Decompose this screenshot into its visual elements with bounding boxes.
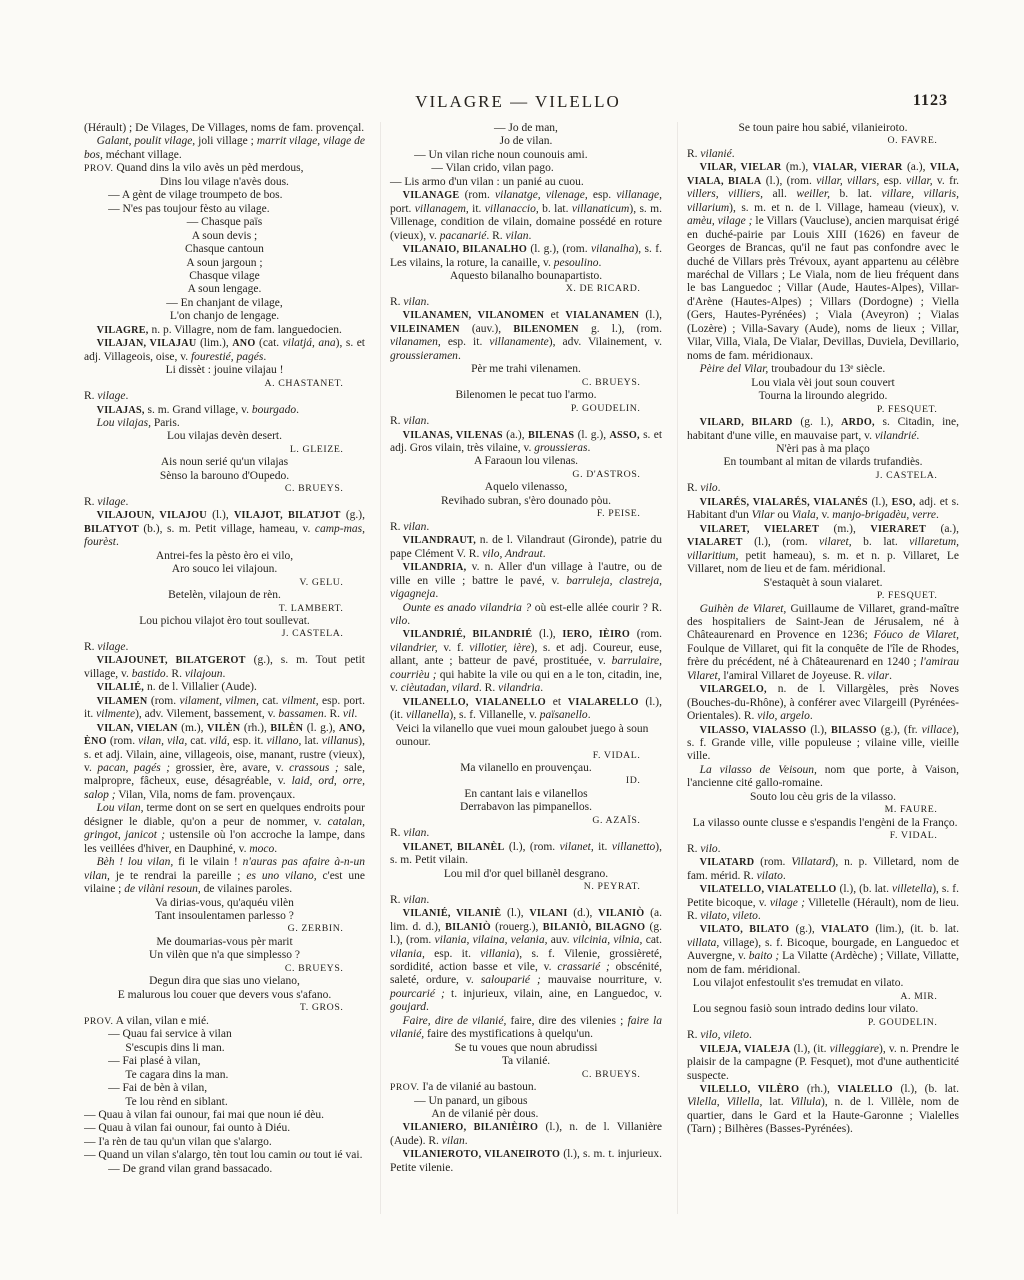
text-line: L'on chanjo de lengage. bbox=[84, 310, 365, 323]
text-line: — Lis armo d'un vilan : un panié au cuou… bbox=[390, 176, 662, 189]
text-line: F. PEISE. bbox=[390, 508, 662, 521]
text-line: R. vilage. bbox=[84, 641, 365, 654]
text-line: VILAJOUN, VILAJOU (l.), VILAJOT, BILATJO… bbox=[84, 509, 365, 549]
text-line: PROV. Quand dins la vilo avès un pèd mer… bbox=[84, 162, 365, 175]
text-line: R. vilan. bbox=[390, 894, 662, 907]
text-line: Chasque cantoun bbox=[84, 243, 365, 256]
text-line: VILANDRIA, v. n. Aller d'un village à l'… bbox=[390, 561, 662, 601]
text-line: (Hérault) ; De Vilages, De Villages, nom… bbox=[84, 122, 365, 135]
text-line: P. GOUDELIN. bbox=[687, 1017, 959, 1030]
text-line: VILATELLO, VIALATELLO (l.), (b. lat. vil… bbox=[687, 883, 959, 923]
text-line: A soun devis ; bbox=[84, 230, 365, 243]
text-line: Dins lou vilage n'avès dous. bbox=[84, 176, 365, 189]
text-line: VILEJA, VIALEJA (l.), (it. villeggiare),… bbox=[687, 1043, 959, 1083]
text-line: Ais noun serié qu'un vilajas bbox=[84, 456, 365, 469]
page-header: VILAGRE — VILELLO 1123 bbox=[84, 92, 952, 118]
text-line: Aquelo vilenasso, bbox=[390, 481, 662, 494]
text-line: VILARÉS, VIALARÉS, VIALANÉS (l.), ESO, a… bbox=[687, 496, 959, 523]
text-line: En toumbant al mitan de vilards trufandi… bbox=[687, 456, 959, 469]
text-line: VILANIEROTO, VILANEIROTO (l.), s. m. t. … bbox=[390, 1148, 662, 1175]
text-line: R. vilage. bbox=[84, 496, 365, 509]
text-line: VILANIÉ, VILANIÈ (l.), VILANI (d.), VILA… bbox=[390, 907, 662, 1015]
text-line: P. FESQUET. bbox=[687, 590, 959, 603]
text-line: ID. bbox=[390, 775, 662, 788]
text-line: VILANAGE (rom. vilanatge, vilenage, esp.… bbox=[390, 189, 662, 243]
text-line: Aro souco lei vilajoun. bbox=[84, 563, 365, 576]
text-line: P. FESQUET. bbox=[687, 404, 959, 417]
text-line: F. VIDAL. bbox=[687, 830, 959, 843]
text-line: — Fai de bèn à vilan, bbox=[84, 1082, 365, 1095]
text-line: Me doumarias-vous pèr marit bbox=[84, 936, 365, 949]
text-line: R. vilan. bbox=[390, 827, 662, 840]
text-line: R. vilo, vileto. bbox=[687, 1029, 959, 1042]
text-line: VILANDRIÉ, BILANDRIÉ (l.), IERO, IÈIRO (… bbox=[390, 628, 662, 695]
text-line: Lou vilajas, Paris. bbox=[84, 417, 365, 430]
text-line: F. VIDAL. bbox=[390, 750, 662, 763]
text-line: An de vilanié pèr dous. bbox=[390, 1108, 662, 1121]
text-line: R. vilo. bbox=[687, 843, 959, 856]
text-line: VILAMEN (rom. vilament, vilmen, cat. vil… bbox=[84, 695, 365, 722]
text-line: R. vilan. bbox=[390, 415, 662, 428]
text-line: X. DE RICARD. bbox=[390, 283, 662, 296]
text-line: PROV. I'a de vilanié au bastoun. bbox=[390, 1081, 662, 1094]
text-line: L. GLEIZE. bbox=[84, 444, 365, 457]
text-line: N. PEYRAT. bbox=[390, 881, 662, 894]
text-line: VILASSO, VIALASSO (l.), BILASSO (g.), (f… bbox=[687, 724, 959, 764]
text-line: VILELLO, VILÈRO (rh.), VIALELLO (l.), (b… bbox=[687, 1083, 959, 1137]
text-line: Va dirias-vous, qu'aquéu vilèn bbox=[84, 897, 365, 910]
text-line: Lou vilajas devèn desert. bbox=[84, 430, 365, 443]
scanned-dictionary-page: VILAGRE — VILELLO 1123 (Hérault) ; De Vi… bbox=[0, 0, 1024, 1280]
text-line: — Fai plasé à vilan, bbox=[84, 1055, 365, 1068]
text-line: La vilasso ounte clusse e s'espandis l'e… bbox=[687, 817, 959, 830]
text-line: Pèire del Vilar, troubadour du 13ᵉ siècl… bbox=[687, 363, 959, 376]
text-line: R. vilo. bbox=[687, 482, 959, 495]
text-line: VILAN, VIELAN (m.), VILÈN (rh.), BILÈN (… bbox=[84, 722, 365, 803]
text-line: Lou mil d'or quel billanèl desgrano. bbox=[390, 868, 662, 881]
text-line: Faire, dire de vilanié, faire, dire des … bbox=[390, 1015, 662, 1042]
text-line: VILARGELO, n. de l. Villargèles, près No… bbox=[687, 683, 959, 723]
text-line: VILAJOUNET, BILATGEROT (g.), s. m. Tout … bbox=[84, 654, 365, 681]
text-line: — De grand vilan grand bassacado. bbox=[84, 1163, 365, 1176]
page-number: 1123 bbox=[913, 92, 948, 110]
text-line: — En chanjant de vilage, bbox=[84, 297, 365, 310]
text-line: — Quau à vilan fai ounour, fai mai que n… bbox=[84, 1109, 365, 1122]
text-line: A. MIR. bbox=[687, 991, 959, 1004]
text-line: VILATO, BILATO (g.), VIALATO (lim.), (it… bbox=[687, 923, 959, 977]
text-line: VILAR, VIELAR (m.), VIALAR, VIERAR (a.),… bbox=[687, 161, 959, 363]
text-line: VILAGRE, n. p. Villagre, nom de fam. lan… bbox=[84, 324, 365, 337]
text-line: Revihado subran, s'èro dounado pòu. bbox=[390, 495, 662, 508]
text-line: Ounte es anado vilandria ? où est-elle a… bbox=[390, 602, 662, 629]
text-line: Lou vilan, terme dont on se sert en quel… bbox=[84, 802, 365, 856]
text-line: — A gènt de vilage troumpeto de bos. bbox=[84, 189, 365, 202]
text-line: VILALIÉ, n. de l. Villalier (Aude). bbox=[84, 681, 365, 694]
text-line: Souto lou cèu gris de la vilasso. bbox=[687, 791, 959, 804]
text-line: E malurous lou couer que devers vous s'a… bbox=[84, 989, 365, 1002]
text-line: VILANET, BILANÈL (l.), (rom. vilanet, it… bbox=[390, 841, 662, 868]
text-line: C. BRUEYS. bbox=[84, 963, 365, 976]
text-line: J. CASTELA. bbox=[687, 470, 959, 483]
text-line: Veici la vilanello que vuei moun galoube… bbox=[390, 723, 662, 750]
text-line: VILANAIO, BILANALHO (l. g.), (rom. vilan… bbox=[390, 243, 662, 270]
text-line: — Un panard, un gibous bbox=[390, 1095, 662, 1108]
text-line: Degun dira que sias uno vielano, bbox=[84, 975, 365, 988]
text-line: Ta vilanié. bbox=[390, 1055, 662, 1068]
text-line: T. LAMBERT. bbox=[84, 603, 365, 616]
text-line: R. vilage. bbox=[84, 390, 365, 403]
text-line: VILARET, VIELARET (m.), VIERARET (a.), V… bbox=[687, 523, 959, 577]
text-line: VILANAS, VILENAS (a.), BILENAS (l. g.), … bbox=[390, 429, 662, 456]
text-line: Lou viala vèi jout soun couvert bbox=[687, 377, 959, 390]
text-line: Aquesto bilanalho bounapartisto. bbox=[390, 270, 662, 283]
text-line: VILANIERO, BILANIÈIRO (l.), n. de l. Vil… bbox=[390, 1121, 662, 1148]
text-line: Se tu voues que noun abrudissi bbox=[390, 1042, 662, 1055]
text-line: Antrei-fes la pèsto èro ei vilo, bbox=[84, 550, 365, 563]
text-line: G. D'ASTROS. bbox=[390, 469, 662, 482]
text-line: G. ZERBIN. bbox=[84, 923, 365, 936]
text-line: — Quau fai service à vilan bbox=[84, 1028, 365, 1041]
text-line: VILAJAS, s. m. Grand village, v. bourgad… bbox=[84, 404, 365, 417]
text-line: — Quand un vilan s'alargo, tèn tout lou … bbox=[84, 1149, 365, 1162]
text-line: VILAJAN, VILAJAU (lim.), ANO (cat. vilat… bbox=[84, 337, 365, 364]
text-line: — Jo de man, bbox=[390, 122, 662, 135]
text-line: V. GELU. bbox=[84, 577, 365, 590]
text-line: T. GROS. bbox=[84, 1002, 365, 1015]
text-line: A. CHASTANET. bbox=[84, 378, 365, 391]
text-line: — N'es pas toujour fèsto au vilage. bbox=[84, 203, 365, 216]
text-line: — Chasque païs bbox=[84, 216, 365, 229]
text-line: P. GOUDELIN. bbox=[390, 403, 662, 416]
column-1: (Hérault) ; De Vilages, De Villages, nom… bbox=[84, 122, 365, 1214]
text-line: Betelèn, vilajoun de rèn. bbox=[84, 589, 365, 602]
text-line: La vilasso de Veisoun, nom que porte, à … bbox=[687, 764, 959, 791]
text-line: C. BRUEYS. bbox=[84, 483, 365, 496]
text-line: N'èri pas à ma plaço bbox=[687, 443, 959, 456]
text-line: C. BRUEYS. bbox=[390, 377, 662, 390]
text-line: Galant, poulit vilage, joli village ; ma… bbox=[84, 135, 365, 162]
text-line: Ma vilanello en prouvençau. bbox=[390, 762, 662, 775]
text-line: G. AZAÏS. bbox=[390, 815, 662, 828]
text-line: Se toun paire hou sabié, vilanieiroto. bbox=[687, 122, 959, 135]
text-line: Lou segnou fasiò soun intrado dedins lou… bbox=[687, 1003, 959, 1016]
text-line: Tant insoulentamen parlesso ? bbox=[84, 910, 365, 923]
text-block: (Hérault) ; De Vilages, De Villages, nom… bbox=[84, 122, 956, 1214]
text-line: VILATARD (rom. Villatard), n. p. Villeta… bbox=[687, 856, 959, 883]
text-line: VILARD, BILARD (g. l.), ARDO, s. Citadin… bbox=[687, 416, 959, 443]
running-title: VILAGRE — VILELLO bbox=[415, 92, 621, 112]
text-line: Lou pichou vilajot èro tout soullevat. bbox=[84, 615, 365, 628]
text-line: J. CASTELA. bbox=[84, 628, 365, 641]
text-line: VILANELLO, VIALANELLO et VIALARELLO (l.)… bbox=[390, 696, 662, 723]
text-line: M. FAURE. bbox=[687, 804, 959, 817]
text-line: S'estaquèt à soun vialaret. bbox=[687, 577, 959, 590]
text-line: Chasque vilage bbox=[84, 270, 365, 283]
text-line: VILANAMEN, VILANOMEN et VIALANAMEN (l.),… bbox=[390, 309, 662, 363]
text-line: O. FAVRE. bbox=[687, 135, 959, 148]
text-line: A soun lengage. bbox=[84, 283, 365, 296]
text-line: Pèr me trahi vilenamen. bbox=[390, 363, 662, 376]
text-line: C. BRUEYS. bbox=[390, 1069, 662, 1082]
text-line: VILANDRAUT, n. de l. Vilandraut (Gironde… bbox=[390, 534, 662, 561]
column-3: Se toun paire hou sabié, vilanieiroto.O.… bbox=[677, 122, 959, 1214]
text-line: Derrabavon las pimpanellos. bbox=[390, 801, 662, 814]
text-line: Lou vilajot enfestoulit s'es tremudat en… bbox=[687, 977, 959, 990]
text-line: Te lou rènd en siblant. bbox=[84, 1096, 365, 1109]
text-line: R. vilan. bbox=[390, 296, 662, 309]
text-line: A soun jargoun ; bbox=[84, 257, 365, 270]
text-line: Sènso la barouno d'Oupedo. bbox=[84, 470, 365, 483]
text-line: R. vilan. bbox=[390, 521, 662, 534]
text-line: Bilenomen le pecat tuo l'armo. bbox=[390, 389, 662, 402]
text-line: Bèh ! lou vilan, fi le vilain ! n'auras … bbox=[84, 856, 365, 896]
text-line: Guihèn de Vilaret, Guillaume de Villaret… bbox=[687, 603, 959, 684]
text-line: — Un vilan riche noun counouis ami. bbox=[390, 149, 662, 162]
text-line: — Vilan crido, vilan pago. bbox=[390, 162, 662, 175]
text-line: Un vilèn que n'a que simplesso ? bbox=[84, 949, 365, 962]
text-line: — I'a rèn de tau qu'un vilan que s'alarg… bbox=[84, 1136, 365, 1149]
text-line: Jo de vilan. bbox=[390, 135, 662, 148]
text-line: — Quau à vilan fai ounour, fai ounto à D… bbox=[84, 1122, 365, 1135]
text-line: R. vilanié. bbox=[687, 148, 959, 161]
text-line: En cantant lais e vilanellos bbox=[390, 788, 662, 801]
text-line: PROV. A vilan, vilan e mié. bbox=[84, 1015, 365, 1028]
text-line: Te cagara dins la man. bbox=[84, 1069, 365, 1082]
text-line: Tourna la liroundo alegrido. bbox=[687, 390, 959, 403]
text-line: S'escupis dins li man. bbox=[84, 1042, 365, 1055]
column-2: — Jo de man,Jo de vilan.— Un vilan riche… bbox=[380, 122, 662, 1214]
text-line: Li dissèt : jouine vilajau ! bbox=[84, 364, 365, 377]
text-line: A Faraoun lou vilenas. bbox=[390, 455, 662, 468]
